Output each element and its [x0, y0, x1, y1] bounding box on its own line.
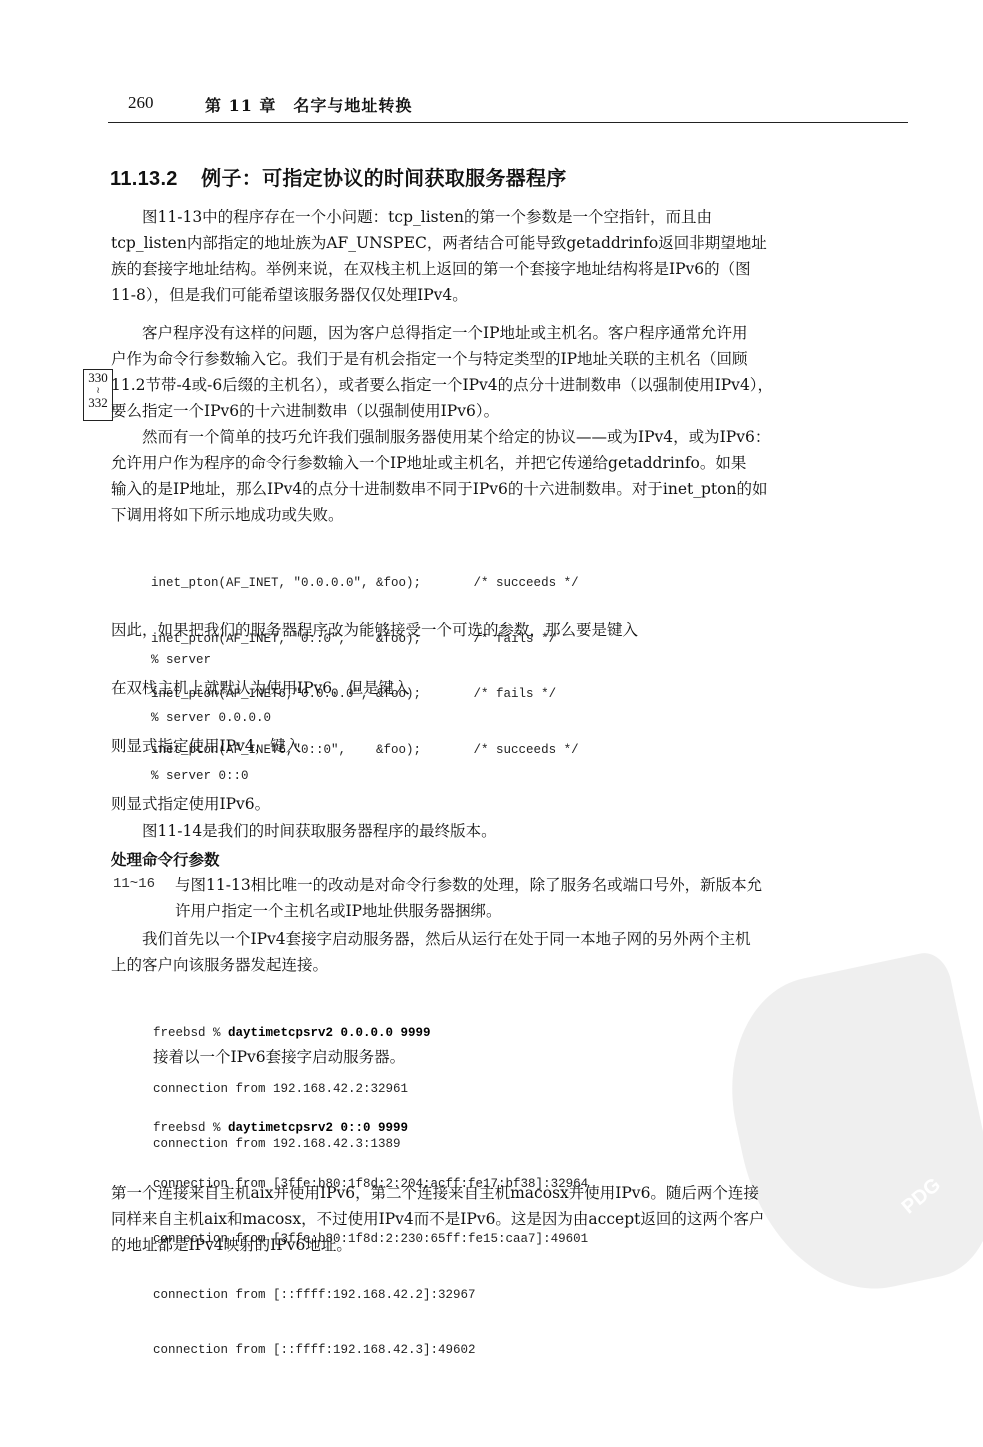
text-line: 的地址都是IPv4映射的IPv6地址。 [111, 1232, 911, 1258]
output-line: connection from [::ffff:192.168.42.3]:49… [153, 1341, 588, 1360]
text-line: 然而有一个简单的技巧允许我们强制服务器使用某个给定的协议——或为IPv4，或为I… [111, 424, 911, 450]
text-line: 11.2节带-4或-6后缀的主机名），或者要么指定一个IPv4的点分十进制数串（… [111, 372, 911, 398]
subheading: 处理命令行参数 [111, 848, 220, 870]
text-line: 接着以一个IPv6套接字启动服务器。 [153, 1044, 953, 1070]
paragraph-3: 然而有一个简单的技巧允许我们强制服务器使用某个给定的协议——或为IPv4，或为I… [111, 424, 911, 528]
section-heading: 11.13.2 例子：可指定协议的时间获取服务器程序 [110, 162, 567, 191]
text-line: 户作为命令行参数输入它。我们于是有机会指定一个与特定类型的IP地址关联的主机名（… [111, 346, 911, 372]
text-line: 与图11-13相比唯一的改动是对命令行参数的处理，除了服务名或端口号外，新版本允 [175, 872, 915, 898]
shell-command: daytimetcpsrv2 0.0.0.0 9999 [228, 1026, 431, 1040]
ref-bottom: 332 [84, 395, 112, 410]
text-line: 客户程序没有这样的问题，因为客户总得指定一个IP地址或主机名。客户程序通常允许用 [111, 320, 911, 346]
chapter-title: 第 11 章 名字与地址转换 [205, 93, 412, 116]
command-line: freebsd % daytimetcpsrv2 0::0 9999 [153, 1119, 588, 1138]
text-line: 我们首先以一个IPv4套接字启动服务器，然后从运行在处于同一本地子网的另外两个主… [111, 926, 911, 952]
paragraph-9: 我们首先以一个IPv4套接字启动服务器，然后从运行在处于同一本地子网的另外两个主… [111, 926, 911, 978]
paragraph-7: 则显式指定使用IPv6。 [111, 791, 911, 817]
paragraph-6: 则显式指定使用IPv4，键入 [111, 733, 911, 759]
paragraph-5: 在双栈主机上就默认为使用IPv6，但是键入 [111, 675, 911, 701]
paragraph-2: 客户程序没有这样的问题，因为客户总得指定一个IP地址或主机名。客户程序通常允许用… [111, 320, 911, 424]
text-line: 因此，如果把我们的服务器程序改为能够接受一个可选的参数，那么要是键入 [111, 617, 911, 643]
output-line: connection from [::ffff:192.168.42.2]:32… [153, 1286, 588, 1305]
text-line: 下调用将如下所示地成功或失败。 [111, 502, 911, 528]
text-line: 图11-13中的程序存在一个小问题：tcp_listen的第一个参数是一个空指针… [111, 204, 911, 230]
text-line: 同样来自主机aix和macosx，不过使用IPv4而不是IPv6。这是因为由ac… [111, 1206, 911, 1232]
section-title: 例子：可指定协议的时间获取服务器程序 [201, 168, 566, 190]
text-line: 允许用户作为程序的命令行参数输入一个IP地址或主机名，并把它传递给getaddr… [111, 450, 911, 476]
shell-prompt: freebsd % [153, 1121, 228, 1135]
text-line: 输入的是IP地址，那么IPv4的点分十进制数串不同于IPv6的十六进制数串。对于… [111, 476, 911, 502]
running-header: 260 第 11 章 名字与地址转换 [108, 88, 908, 123]
page-number: 260 [128, 93, 154, 113]
ref-top: 330 [84, 370, 112, 385]
ref-sep: ≀ [84, 385, 112, 395]
code-line: inet_pton(AF_INET, "0.0.0.0", &foo); /* … [151, 574, 579, 593]
section-number: 11.13.2 [110, 168, 178, 190]
shell-command: daytimetcpsrv2 0::0 9999 [228, 1121, 408, 1135]
command-line: freebsd % daytimetcpsrv2 0.0.0.0 9999 [153, 1024, 431, 1043]
text-line: 上的客户向该服务器发起连接。 [111, 952, 911, 978]
text-line: 许用户指定一个主机名或IP地址供服务器捆绑。 [175, 898, 915, 924]
paragraph-1: 图11-13中的程序存在一个小问题：tcp_listen的第一个参数是一个空指针… [111, 204, 911, 308]
text-line: 要么指定一个IPv6的十六进制数串（以强制使用IPv6）。 [111, 398, 911, 424]
text-line: 图11-14是我们的时间获取服务器程序的最终版本。 [111, 818, 911, 844]
page-cross-reference: 330 ≀ 332 [83, 369, 113, 421]
command-example: % server [151, 651, 211, 670]
paragraph-4: 因此，如果把我们的服务器程序改为能够接受一个可选的参数，那么要是键入 [111, 617, 911, 643]
command-example: % server 0.0.0.0 [151, 709, 271, 728]
command-example: % server 0::0 [151, 767, 249, 786]
text-line: 第一个连接来自主机aix并使用IPv6，第二个连接来自主机macosx并使用IP… [111, 1180, 911, 1206]
line-note-text: 与图11-13相比唯一的改动是对命令行参数的处理，除了服务名或端口号外，新版本允… [175, 872, 915, 924]
paragraph-11: 第一个连接来自主机aix并使用IPv6，第二个连接来自主机macosx并使用IP… [111, 1180, 911, 1258]
text-line: tcp_listen内部指定的地址族为AF_UNSPEC，两者结合可能导致get… [111, 230, 911, 256]
text-line: 在双栈主机上就默认为使用IPv6，但是键入 [111, 675, 911, 701]
text-line: 则显式指定使用IPv4，键入 [111, 733, 911, 759]
text-line: 11-8），但是我们可能希望该服务器仅仅处理IPv4。 [111, 282, 911, 308]
line-number-label: 11~16 [113, 876, 155, 892]
paragraph-10: 接着以一个IPv6套接字启动服务器。 [153, 1044, 953, 1070]
text-line: 族的套接字地址结构。举例来说，在双栈主机上返回的第一个套接字地址结构将是IPv6… [111, 256, 911, 282]
paragraph-8: 图11-14是我们的时间获取服务器程序的最终版本。 [111, 818, 911, 844]
text-line: 则显式指定使用IPv6。 [111, 791, 911, 817]
shell-prompt: freebsd % [153, 1026, 228, 1040]
